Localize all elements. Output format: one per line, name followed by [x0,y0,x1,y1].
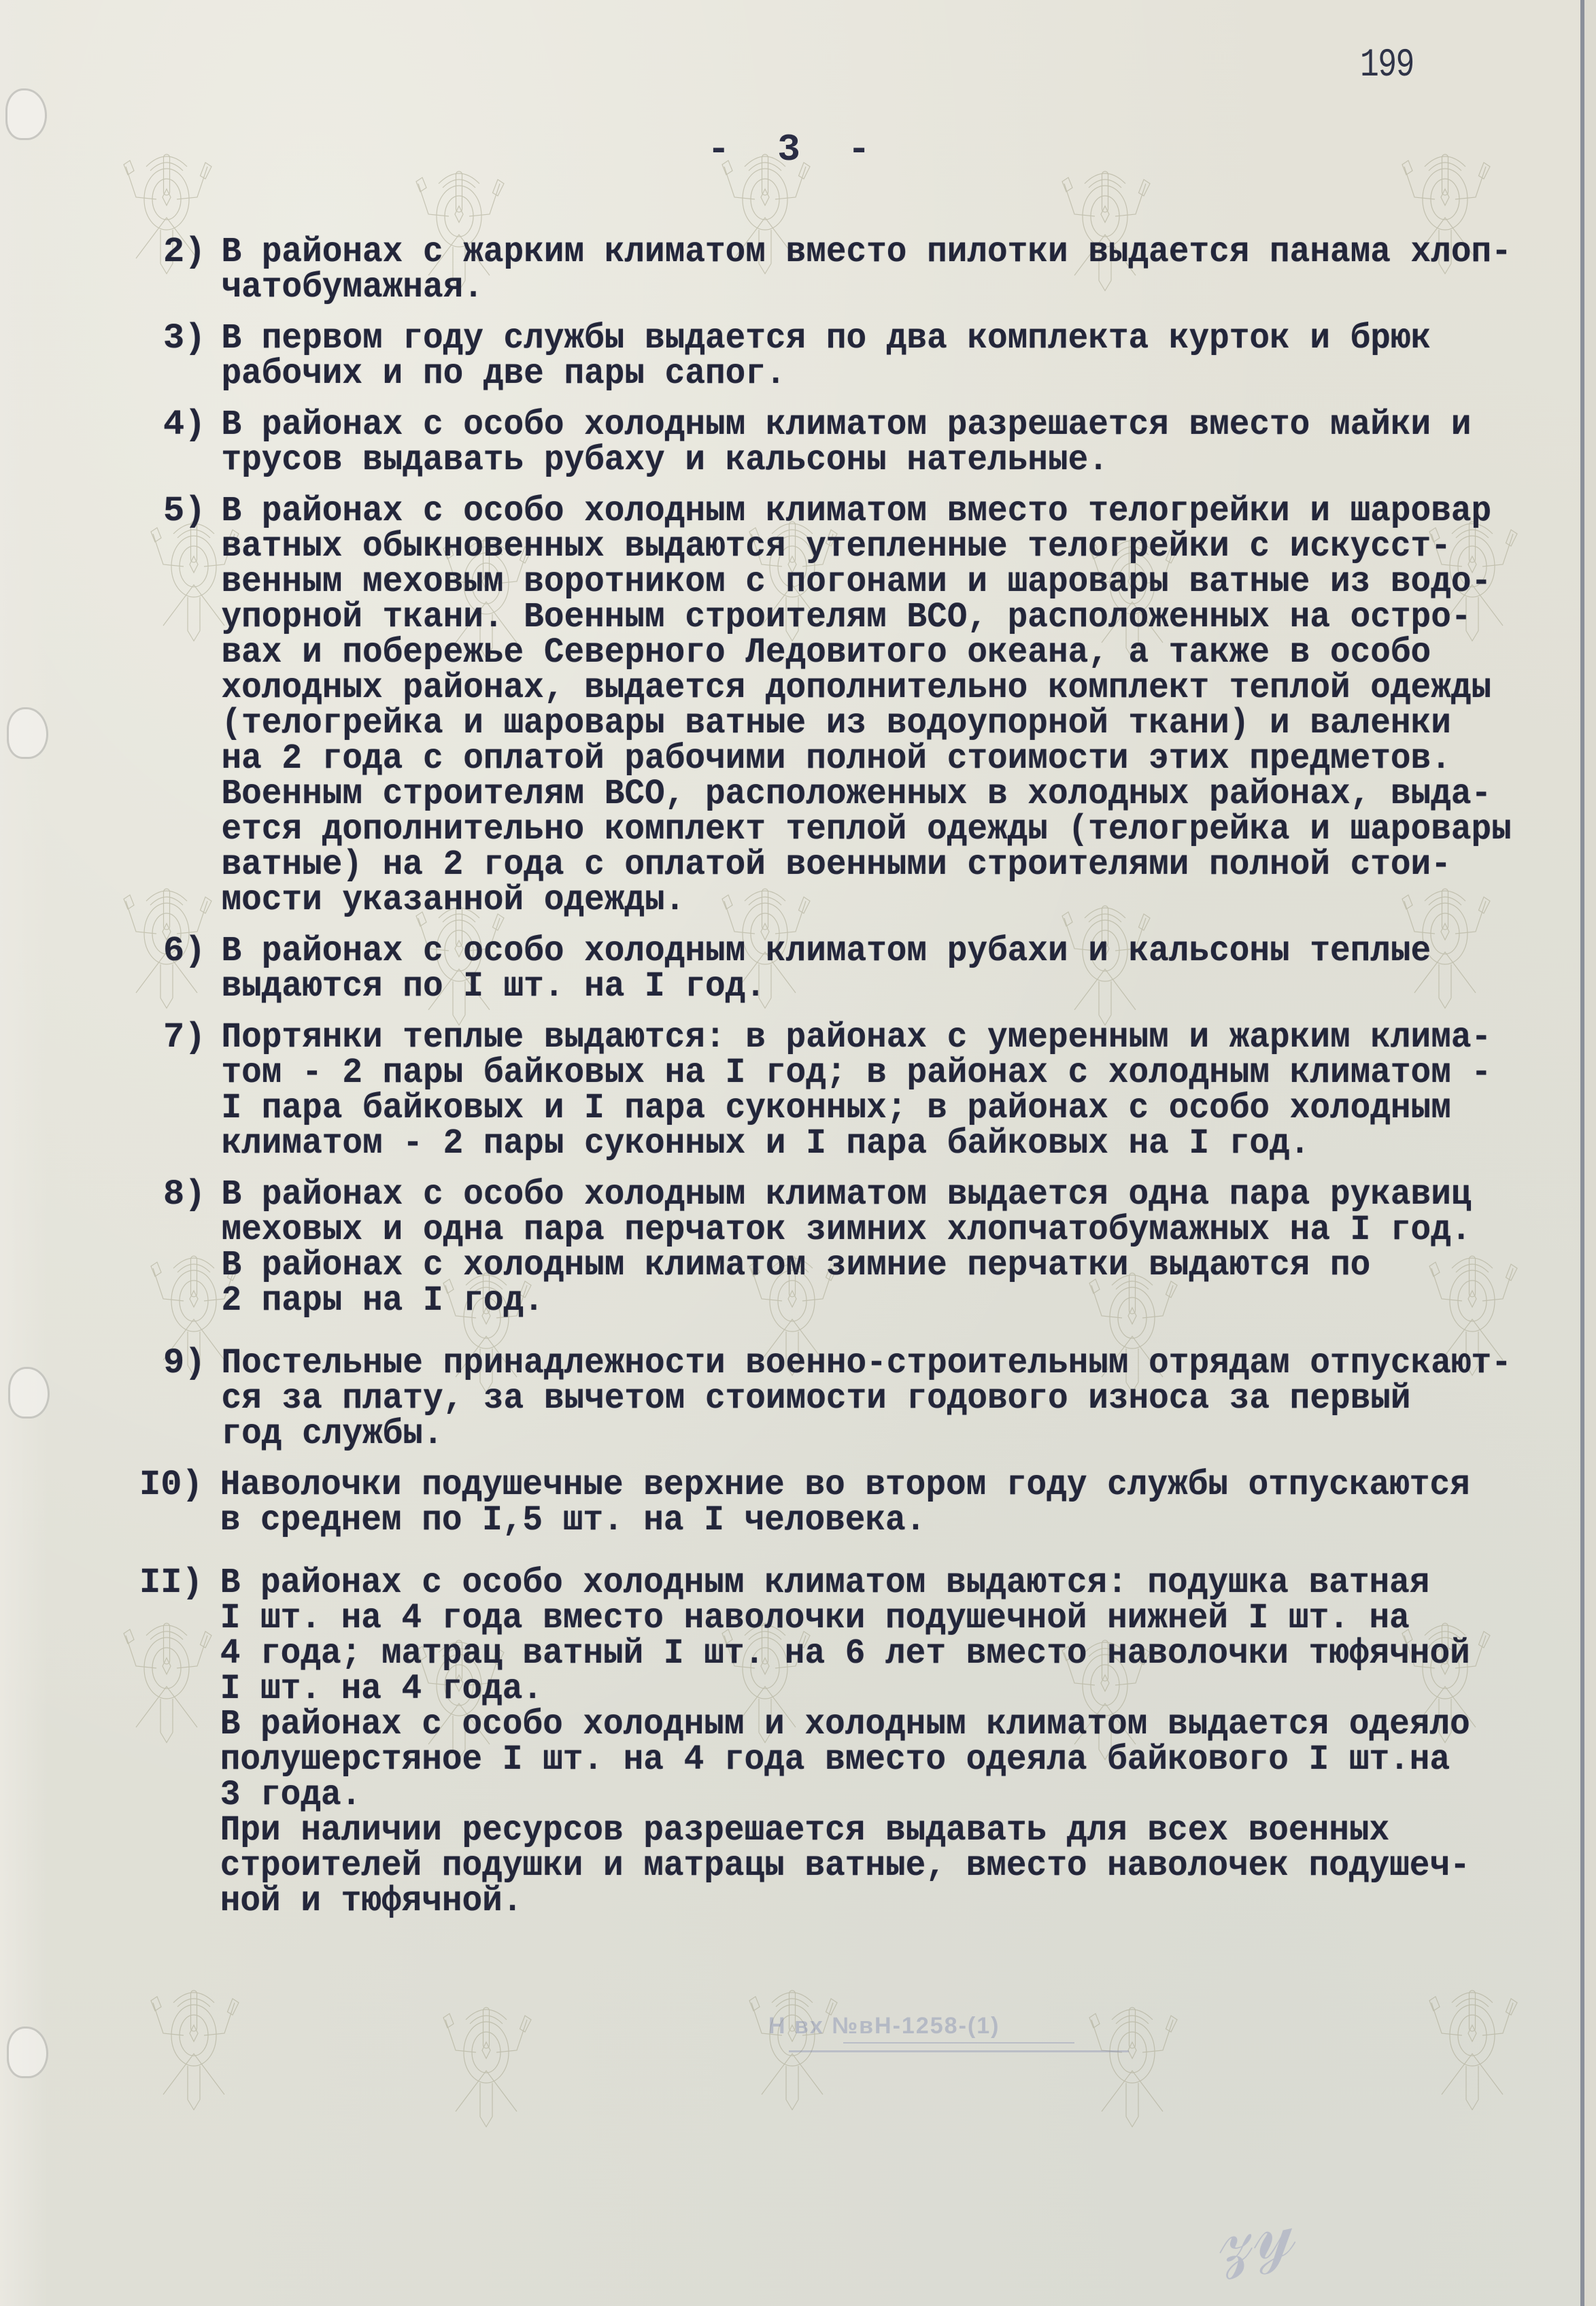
paragraph-line: том - 2 пары байковых на I год; в района… [163,1055,1520,1091]
paragraph-line: венным меховым воротником с погонами и ш… [163,564,1520,600]
paragraph-line: Портянки теплые выдаются: в районах с ум… [163,1020,1520,1055]
archive-sheet-number: 199 [1360,44,1414,88]
paragraph-line: упорной ткани. Военным строителям ВСО, р… [163,600,1520,635]
paragraph-line: холодных районах, выдается дополнительно… [163,671,1520,706]
paragraph-line: чатобумажная. [163,270,1520,305]
paragraph-item: 3)В первом году службы выдается по два к… [163,321,1591,392]
binding-hole-mark [8,1367,50,1419]
paragraph-line: Наволочки подушечные верхние во втором г… [139,1468,1518,1503]
paragraph-line: I пара байковых и I пара суконных; в рай… [163,1091,1520,1126]
page-number: - 3 - [707,128,883,171]
paragraph-line: год службы. [163,1417,1520,1452]
paragraph-line: Военным строителям ВСО, расположенных в … [163,777,1520,812]
emblem-watermark [1421,1972,1523,2115]
emblem-watermark [143,1972,245,2115]
stamp-number: Н вх №вН-1258-(1) [741,2013,1176,2039]
paragraph-line: В районах с жарким климатом вместо пилот… [163,235,1520,270]
paragraph-line: ватные) на 2 года с оплатой военными стр… [163,847,1520,883]
stamp-rule [843,2042,1074,2044]
document-body: 2)В районах с жарким климатом вместо пил… [163,235,1591,1935]
paragraph-line: мости указанной одежды. [163,883,1520,918]
paragraph-item: I0)Наволочки подушечные верхние во второ… [139,1468,1591,1538]
paragraph-line: В районах с особо холодным климатом разр… [163,407,1520,443]
paragraph-line: выдаются по I шт. на I год. [163,969,1520,1004]
paper-left-edge [0,0,48,2306]
paragraph-line: I шт. на 4 года вместо наволочки подушеч… [139,1601,1518,1636]
binding-hole-mark [5,88,47,140]
paragraph-line: В районах с холодным климатом зимние пер… [163,1248,1520,1283]
paragraph-item: 7)Портянки теплые выдаются: в районах с … [163,1020,1591,1162]
paragraph-line: климатом - 2 пары суконных и I пара байк… [163,1126,1520,1162]
registration-stamp: Н вх №вН-1258-(1) [741,2013,1176,2067]
paragraph-line: ется дополнительно комплект теплой одежд… [163,812,1520,847]
emblem-watermark [435,1989,537,2132]
paragraph-line: ся за плату, за вычетом стоимости годово… [163,1381,1520,1417]
paragraph-line: рабочих и по две пары сапог. [163,356,1520,392]
paragraph-item: 9)Постельные принадлежности военно-строи… [163,1346,1591,1452]
stamp-rule [789,2050,1129,2052]
paragraph-line: Постельные принадлежности военно-строите… [163,1346,1520,1381]
paragraph-item: 5)В районах с особо холодным климатом вм… [163,494,1591,918]
emblem-watermark-icon [143,1972,245,2115]
paragraph-line: В районах с особо холодным климатом руба… [163,934,1520,969]
paragraph-line: В районах с особо холодным и холодным кл… [139,1707,1518,1742]
paragraph-line: В районах с особо холодным климатом вмес… [163,494,1520,529]
emblem-watermark-icon [435,1989,537,2132]
paragraph-line: строителей подушки и матрацы ватные, вме… [139,1848,1518,1884]
paragraph-line: 4 года; матрац ватный I шт. на 6 лет вме… [139,1636,1518,1672]
document-page: 199 - 3 - 2)В районах с жарким климатом … [0,0,1584,2306]
paragraph-line: полушерстяное I шт. на 4 года вместо оде… [139,1742,1518,1778]
paragraph-line: в среднем по I,5 шт. на I человека. [139,1503,1518,1538]
paragraph-line: меховых и одна пара перчаток зимних хлоп… [163,1213,1520,1248]
paragraph-item: 2)В районах с жарким климатом вместо пил… [163,235,1591,305]
paragraph-line: ной и тюфячной. [139,1884,1518,1919]
paragraph-line: (телогрейка и шаровары ватные из водоупо… [163,706,1520,741]
paragraph-line: вах и побережье Северного Ледовитого оке… [163,635,1520,671]
paragraph-line: 2 пары на I год. [163,1283,1520,1319]
paragraph-line: 3 года. [139,1778,1518,1813]
faint-signature: 𝓏𝓎 [1212,2185,1302,2284]
paragraph-line: I шт. на 4 года. [139,1672,1518,1707]
paragraph-line: трусов выдавать рубаху и кальсоны натель… [163,443,1520,478]
paragraph-item: 8)В районах с особо холодным климатом вы… [163,1177,1591,1319]
paragraph-line: В районах с особо холодным климатом выда… [163,1177,1520,1213]
paragraph-item: II)В районах с особо холодным климатом в… [139,1565,1591,1919]
paragraph-line: на 2 года с оплатой рабочими полной стои… [163,741,1520,777]
paragraph-line: При наличии ресурсов разрешается выдават… [139,1813,1518,1848]
paragraph-line: В первом году службы выдается по два ком… [163,321,1520,356]
paragraph-line: ватных обыкновенных выдаются утепленные … [163,529,1520,564]
paragraph-item: 4)В районах с особо холодным климатом ра… [163,407,1591,478]
paragraph-item: 6)В районах с особо холодным климатом ру… [163,934,1591,1004]
emblem-watermark-icon [1421,1972,1523,2115]
binding-hole-mark [7,707,48,759]
binding-hole-mark [7,2027,48,2078]
paragraph-line: В районах с особо холодным климатом выда… [139,1565,1518,1601]
